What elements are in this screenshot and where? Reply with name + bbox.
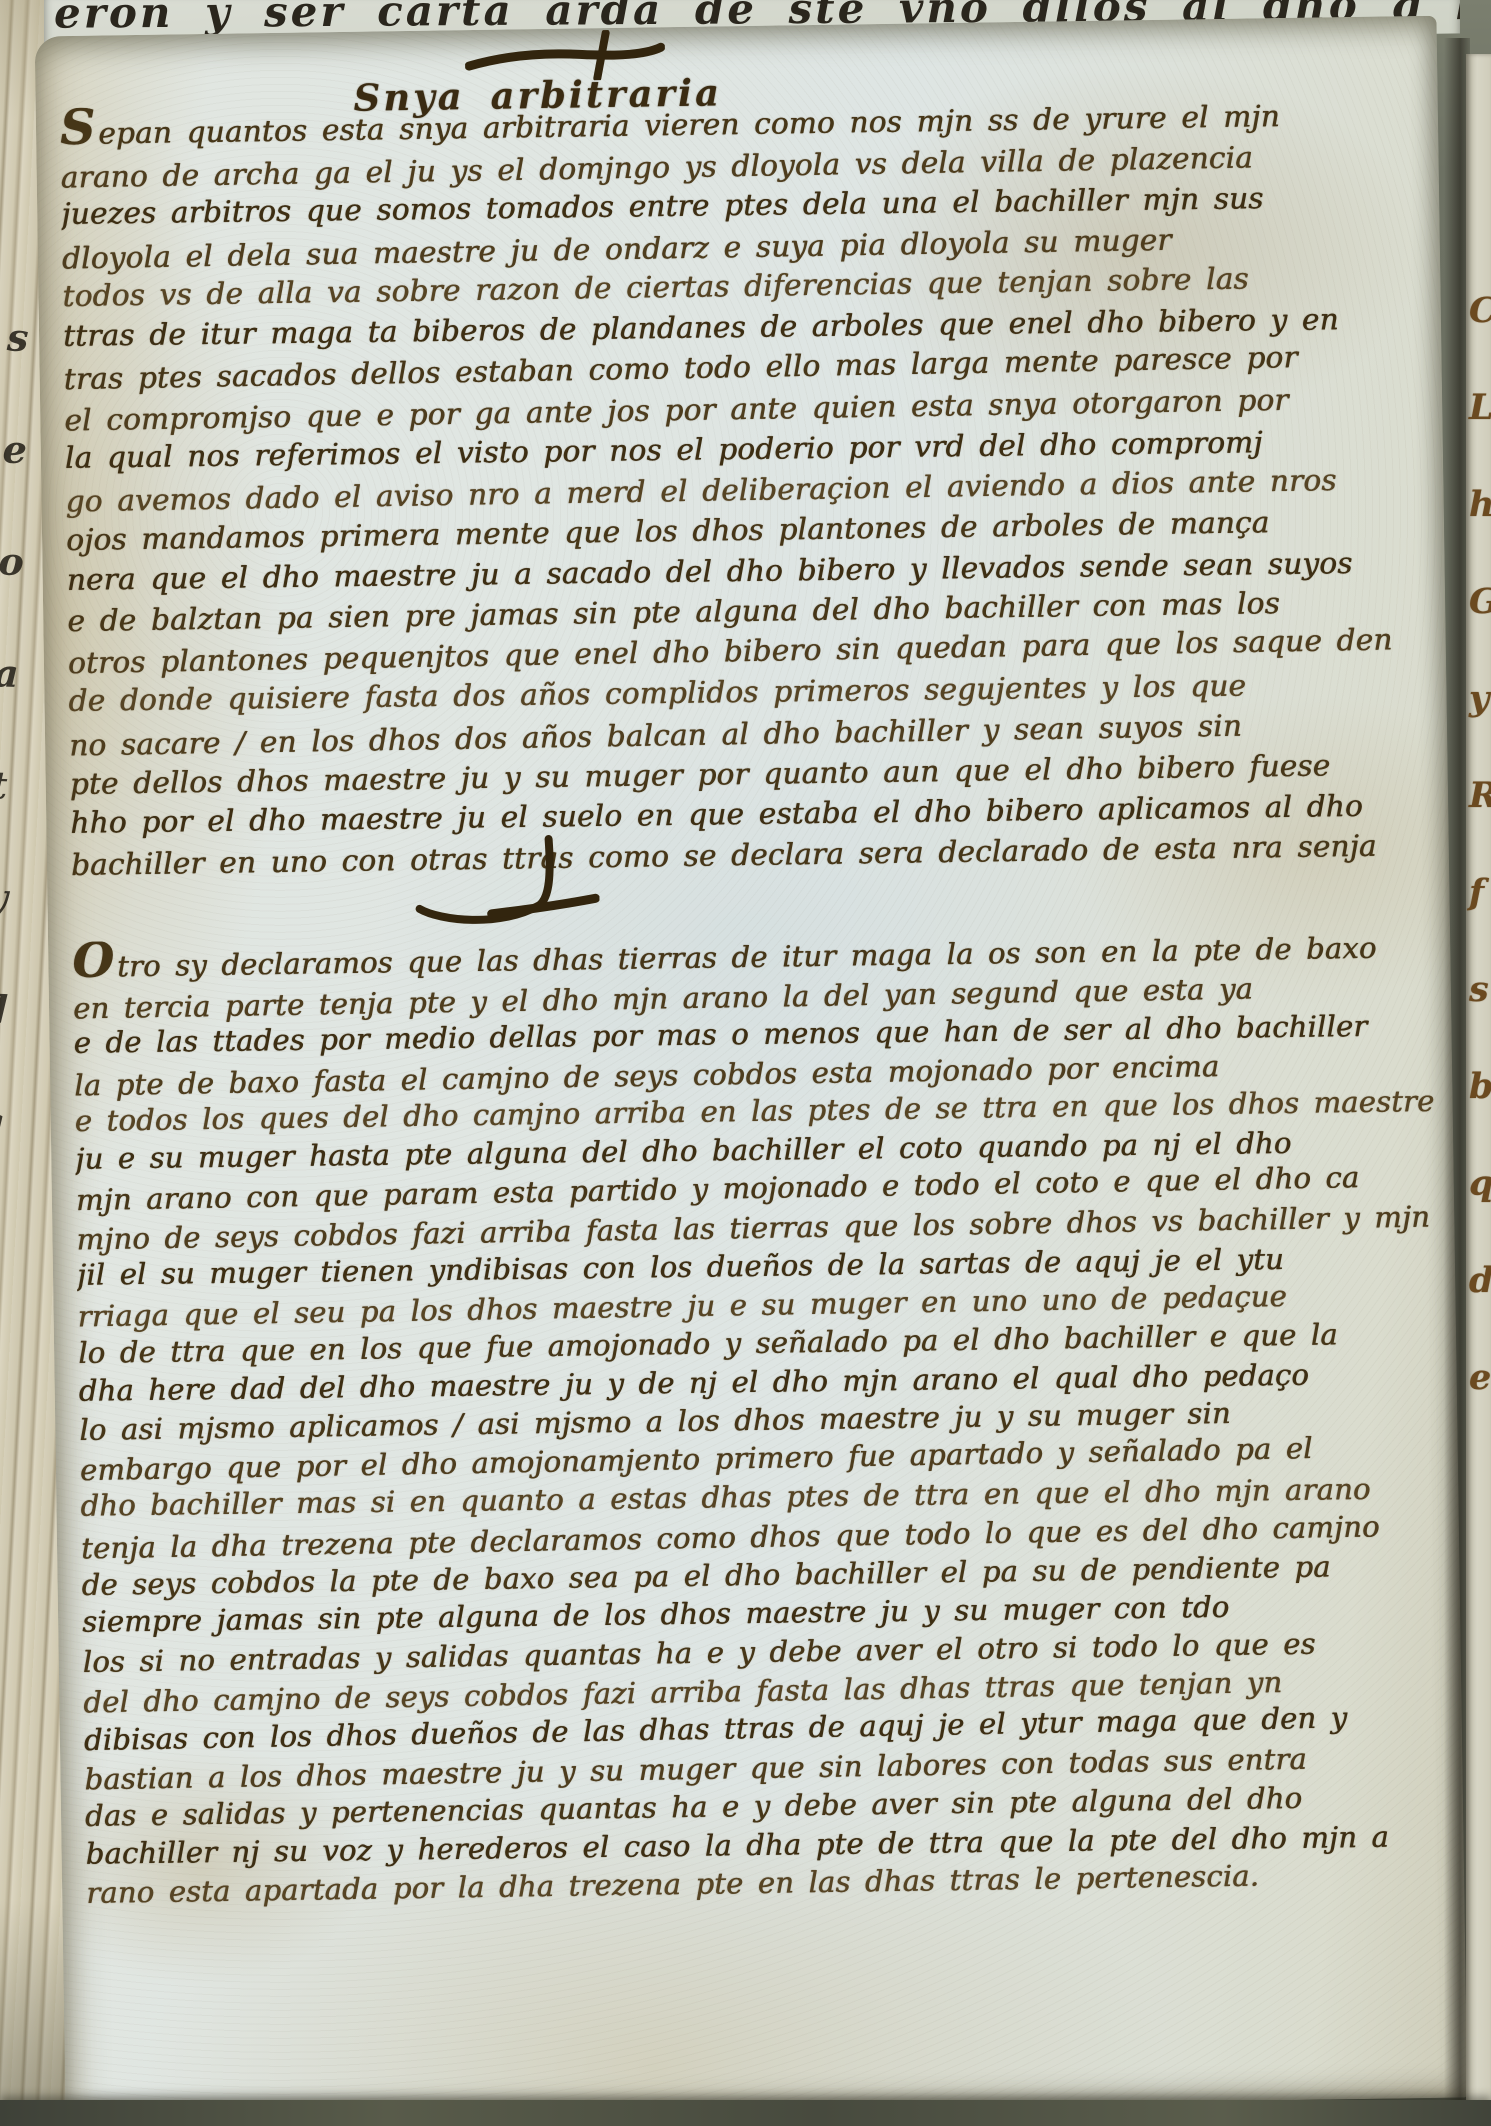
edge-glyph: o <box>0 505 45 619</box>
edge-glyph: d <box>0 953 27 1067</box>
edge-glyph: C <box>1469 262 1491 359</box>
bottom-page-edges <box>0 2100 1491 2126</box>
edge-glyph: q <box>1469 1135 1491 1232</box>
edge-glyph: d <box>1469 1232 1491 1329</box>
edge-glyph: g <box>0 1065 23 1179</box>
flourish-descender-icon <box>399 834 600 927</box>
manuscript-page: Snya arbitraria Sepan quantos esta snya … <box>35 16 1468 2119</box>
edge-glyph: f <box>1469 844 1491 941</box>
paragraph-1: Sepan quantos esta snya arbitraria viere… <box>60 88 1445 886</box>
edge-glyph: L <box>1469 359 1491 456</box>
edge-glyph: b <box>1469 1038 1491 1135</box>
edge-glyph: h <box>1469 456 1491 553</box>
paragraph-2: Otro sy declaramos que las dhas tierras … <box>72 922 1460 1913</box>
next-page-sliver: C L h G y R f s b q d e <box>1466 54 1491 2104</box>
edge-glyph: t <box>0 729 36 843</box>
next-page-ink-fragments: C L h G y R f s b q d e <box>1469 262 1491 1426</box>
edge-glyph: a <box>0 617 40 731</box>
edge-glyph: y <box>1469 650 1491 747</box>
edge-glyph: y <box>0 841 32 955</box>
edge-glyph: e <box>1469 1329 1491 1426</box>
edge-glyph: R <box>1469 747 1491 844</box>
edge-glyph: s <box>1469 941 1491 1038</box>
manuscript-photo: s e o a t y d g eron y ser carta arda de… <box>0 0 1491 2126</box>
edge-glyph: G <box>1469 553 1491 650</box>
